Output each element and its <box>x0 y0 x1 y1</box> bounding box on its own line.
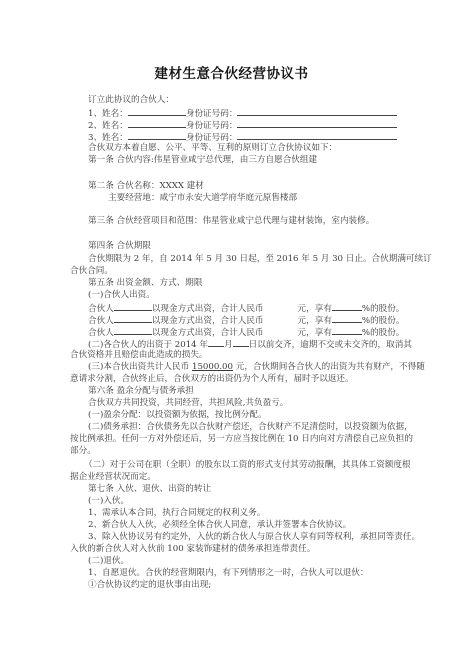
article-7-sub1: (一)入伙。 <box>88 495 129 507</box>
article-6-body: 合伙双方共同投资，共同经营，共担风险,共负盈亏。 <box>88 397 288 409</box>
article-6: 第六条 盈余分配与债务承担 <box>88 385 194 397</box>
article-7-withdraw1a: ①合伙协议约定的退伙事由出现; <box>88 579 211 591</box>
article-5: 第五条 出资金额、方式、期限 <box>88 277 202 289</box>
partner-name-blank <box>128 130 186 140</box>
month-blank <box>208 337 224 347</box>
contrib-share-blank <box>332 313 362 323</box>
article-6-sub2-cont: 按比例承担。任何一方对外偿还后，另一方应当按比例在 10 日内向对方清偿自己应负… <box>70 433 413 445</box>
article-1: 第一条 合伙内容:伟星管业咸宁总代理，由三方自愿合伙组建 <box>88 154 317 166</box>
contrib-name-blank <box>114 325 152 335</box>
contrib-share-blank <box>332 325 362 335</box>
article-7-item3-cont: 入伙的新合伙人对入伙前 100 家装饰建材的债务承担连带责任。 <box>70 543 315 555</box>
article-7: 第七条 入伙、退伙、出资的转让 <box>88 483 211 495</box>
article-6-sub3-cont: 据企业经营状况而定。 <box>70 471 156 483</box>
article-6-sub2: (二)债务承担：合伙债务先以合伙财产偿还，合伙财产不足清偿时，以投资额为依据， <box>88 421 413 433</box>
day-blank <box>233 337 249 347</box>
article-2-place: 主要经营地：咸宁市永安大道学府华庭元原售楼部 <box>108 192 297 204</box>
partner-id-blank <box>237 118 397 128</box>
contrib-share-blank <box>332 301 362 311</box>
article-7-item1: 1、需承认本合同，执行合同规定的权利义务。 <box>88 507 265 519</box>
article-4: 第四条 合伙期限 <box>88 240 151 252</box>
article-4-body-cont: 合伙合同。 <box>70 265 113 277</box>
total-amount: 15000.00 <box>192 362 233 372</box>
text: 月 <box>224 340 233 350</box>
principle-line: 合伙双方本着自愿、公平、平等、互利的原则订立合伙协议如下： <box>88 142 337 154</box>
article-6-sub3: （二）对于公司在职（全职）的股东以工资的形式支付其劳动报酬，其具体工资额度根 <box>84 459 411 471</box>
article-7-item3: 3、除入伙协议另有约定外，入伙的新合伙人与原合伙人享有同等权利，承担同等责任。 <box>88 531 420 543</box>
article-6-sub1: (一)盈余分配：以投资额为依据，按比例分配。 <box>88 409 267 421</box>
contrib-name-blank <box>114 313 152 323</box>
article-5-sub3: (三)本合伙出资共计人民币 15000.00 元，合伙期间各合伙人的出资为共有财… <box>88 361 425 373</box>
article-5-sub1: (一)合伙人出资。 <box>88 289 155 301</box>
text: 日以前交齐，逾期不交或未交齐的，取消其 <box>249 340 412 350</box>
partner-name-blank <box>128 106 186 116</box>
article-5-sub2-cont: 合伙资格并且赔偿由此造成的损失。 <box>70 349 208 361</box>
partner-name-blank <box>128 118 186 128</box>
article-7-withdraw1: 1、自愿退伙。合伙的经营期限内，有下列情形之一时，合伙人可以退伙： <box>88 567 368 579</box>
article-5-sub3-cont: 意请求分割，合伙终止后，合伙双方的出资仍为个人所有，届时予以返还。 <box>70 373 354 385</box>
article-6-sub2-cont: 部分。 <box>70 445 96 457</box>
partner-id-blank <box>237 130 397 140</box>
contrib-name-blank <box>114 301 152 311</box>
article-3: 第三条 合伙经营项目和范围：伟星管业咸宁总代理与建材装饰，室内装修。 <box>88 215 374 227</box>
article-2: 第二条 合伙名称：XXXX 建材 <box>88 180 204 192</box>
text: 元，合伙期间各合伙人的出资为共有财产，不得随 <box>233 362 425 372</box>
article-4-body: 合伙期限为 2 年，自 2014 年 5 月 30 日起，至 2016 年 5 … <box>88 253 432 265</box>
document-title: 建材生意合伙经营协议书 <box>0 62 463 82</box>
article-7-sub2: (二)退伙。 <box>88 555 129 567</box>
text: (三)本合伙出资共计人民币 <box>88 362 192 372</box>
partner-id-blank <box>237 106 397 116</box>
article-7-item2: 2、新合伙人入伙，必须经全体合伙人同意，承认并签署本合伙协议。 <box>88 519 351 531</box>
intro-line: 订立此协议的合伙人： <box>88 94 174 106</box>
